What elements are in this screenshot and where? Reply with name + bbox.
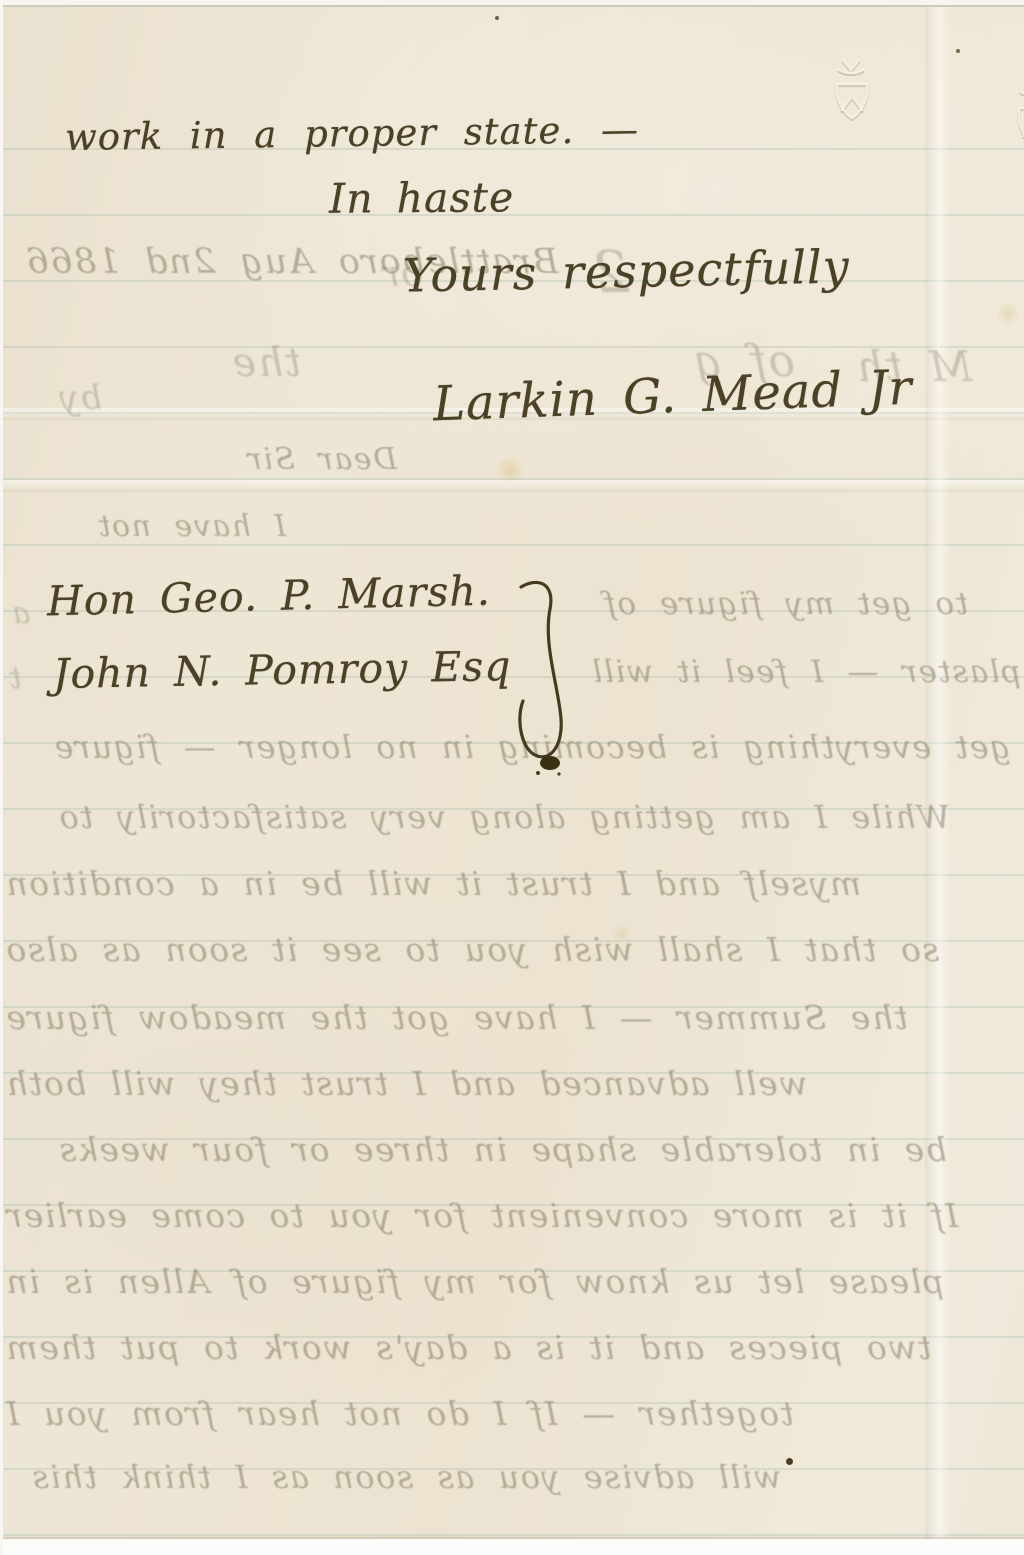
bleedthrough-line: please let us know for my figure of Alle…	[5, 1262, 944, 1301]
bleedthrough-line: so that I shall wish you to see it soon …	[5, 930, 939, 969]
bleedthrough-line: be in tolerable shape in three or four w…	[58, 1130, 947, 1169]
horizontal-crease	[3, 480, 1024, 492]
bleedthrough-fragment: by	[58, 378, 102, 418]
scan-edge-left	[0, 0, 3, 1555]
paper-speck	[786, 1458, 793, 1465]
paper-stain	[495, 456, 525, 484]
paper-speck	[956, 49, 960, 53]
bleedthrough-fragment: t	[8, 661, 22, 696]
letter-paper: Brattleboro Aug 2nd 1866 Dear Sir I have…	[3, 6, 1024, 1541]
bleedthrough-line: Dear Sir	[246, 442, 397, 477]
letter-body-line: work in a proper state. —	[65, 108, 639, 159]
paper-stain	[995, 302, 1021, 326]
bleedthrough-line: I have not	[97, 509, 286, 544]
bleedthrough-line: to get my figure of	[603, 586, 968, 622]
addressee-line-2: John N. Pomroy Esq	[53, 642, 512, 698]
embossed-crest-partial-icon	[995, 68, 1024, 188]
scan-edge-top	[0, 0, 1024, 7]
letter-haste-line: In haste	[329, 173, 515, 223]
bleedthrough-line: well advanced and I trust they will both	[5, 1064, 808, 1103]
letter-closing: Yours respectfully	[402, 239, 850, 302]
bleedthrough-line: While I am getting along very satisfacto…	[58, 798, 950, 836]
signature: Larkin G. Mead Jr	[432, 360, 913, 433]
scanned-letter-page: Brattleboro Aug 2nd 1866 Dear Sir I have…	[0, 0, 1024, 1555]
bleedthrough-line: will advise you as soon as I think this	[31, 1458, 781, 1496]
paper-speck	[495, 16, 499, 20]
scan-edge-bottom	[0, 1539, 1024, 1555]
ink-bracket-stroke	[493, 569, 603, 784]
bleedthrough-fragment: the	[231, 340, 301, 386]
embossed-crest-icon	[813, 54, 891, 158]
bleedthrough-line: two pieces and it is a day's work to put…	[5, 1328, 931, 1367]
bleedthrough-line: myself and I trust it will be in a condi…	[5, 864, 861, 903]
bleedthrough-fragment: a	[11, 596, 30, 631]
bleedthrough-line: in plaster — I feel it will	[591, 654, 1024, 690]
bleedthrough-line: If it is more convenient for you to come…	[5, 1196, 958, 1235]
bleedthrough-line: the Summer — I have got the meadow figur…	[5, 998, 908, 1037]
addressee-line-1: Hon Geo. P. Marsh.	[46, 567, 491, 626]
bleedthrough-line: together — If I do not hear from you I	[5, 1394, 794, 1433]
vertical-fold	[925, 6, 951, 1541]
